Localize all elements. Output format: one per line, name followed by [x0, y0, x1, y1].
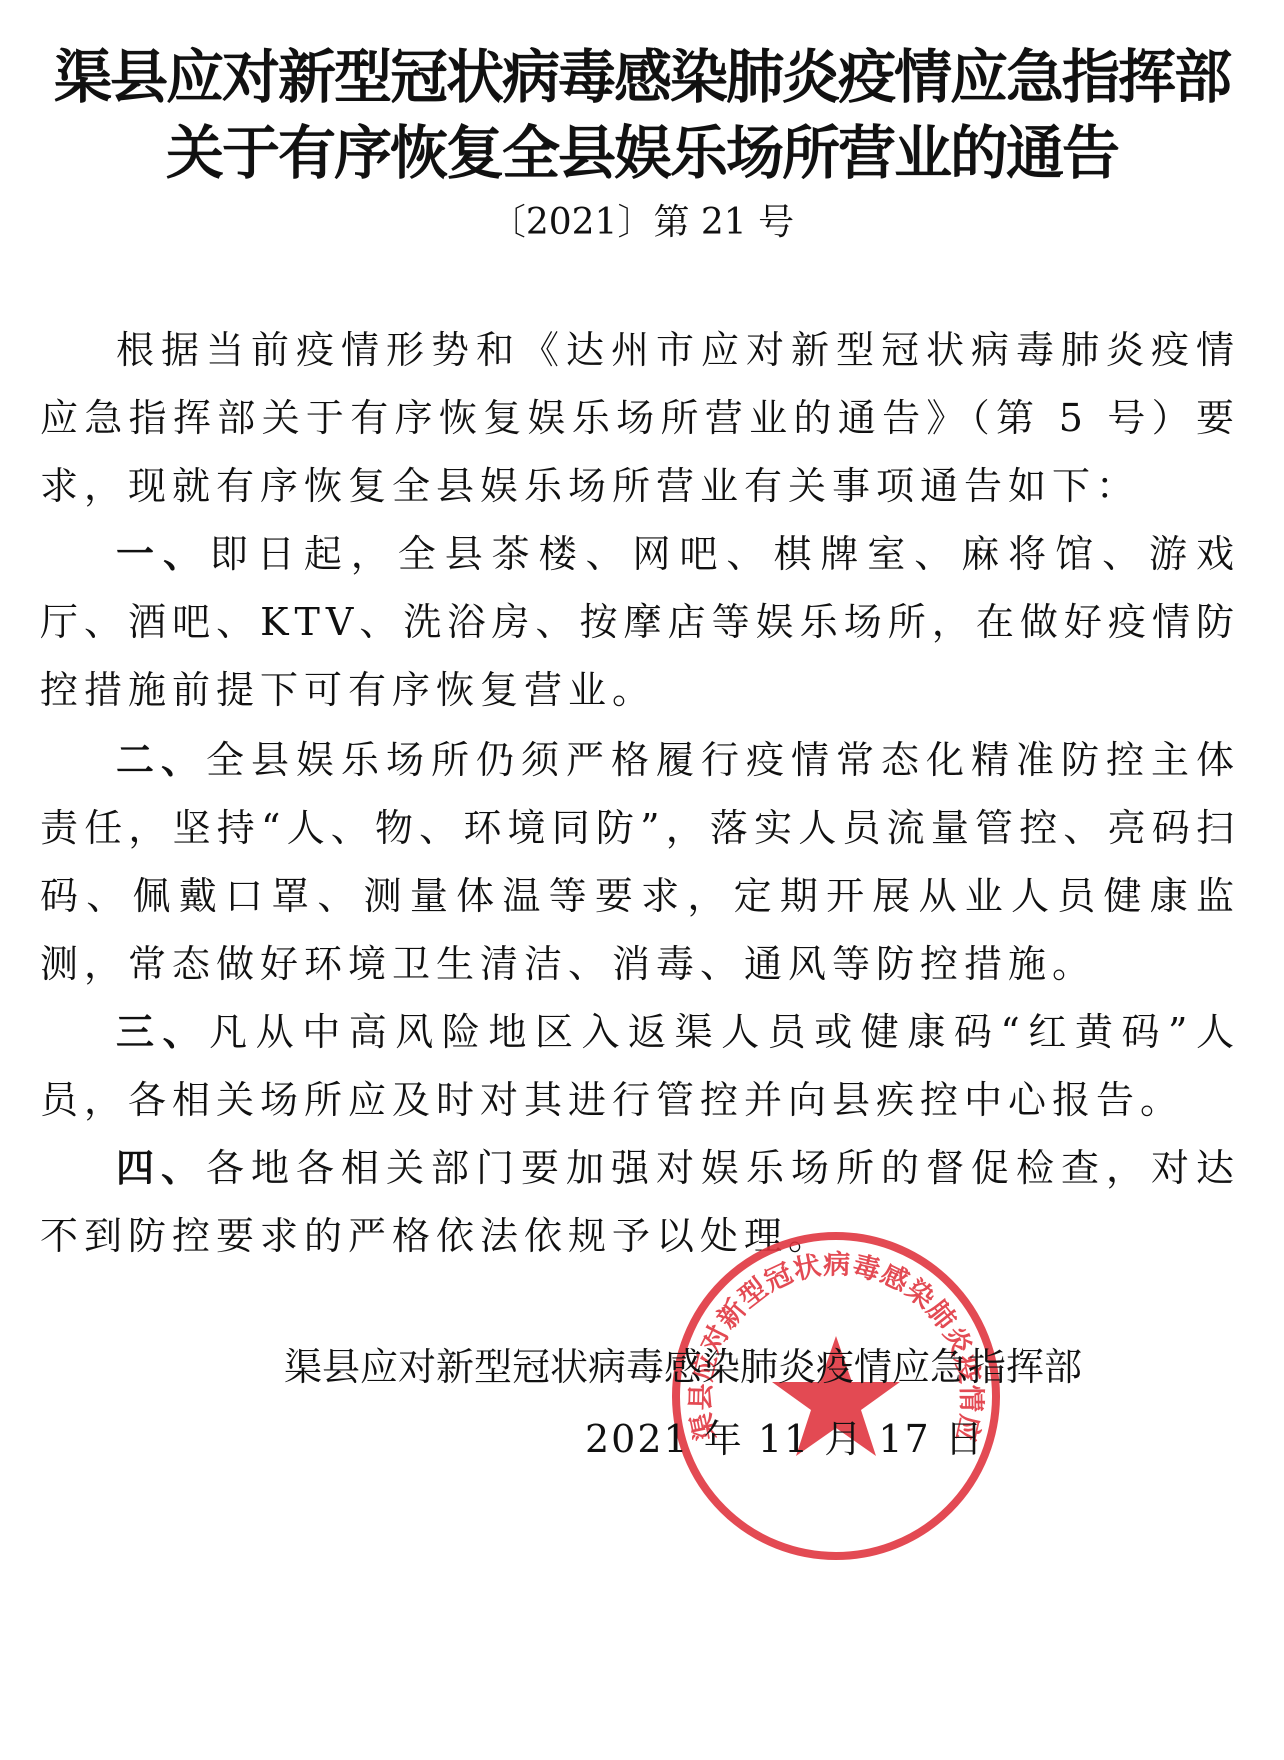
intro-paragraph: 根据当前疫情形势和《达州市应对新型冠状病毒肺炎疫情应急指挥部关于有序恢复娱乐场所… — [40, 316, 1240, 520]
signature-organization: 渠县应对新型冠状病毒感染肺炎疫情应急指挥部 — [284, 1348, 1082, 1386]
item-lead-1: 一、 — [116, 531, 210, 576]
item-paragraph-2: 二、全县娱乐场所仍须严格履行疫情常态化精准防控主体责任，坚持“人、物、环境同防”… — [40, 726, 1240, 998]
item-lead-2: 二、 — [116, 737, 206, 782]
item-lead-4: 四、 — [116, 1145, 206, 1190]
item-paragraph-4: 四、各地各相关部门要加强对娱乐场所的督促检查，对达不到防控要求的严格依法依规予以… — [40, 1134, 1240, 1270]
document-title-line2: 关于有序恢复全县娱乐场所营业的通告 — [0, 124, 1284, 182]
official-seal: 渠县应对新型冠状病毒感染肺炎疫情应急指挥部 — [668, 1228, 1004, 1564]
document-title-line1: 渠县应对新型冠状病毒感染肺炎疫情应急指挥部 — [0, 48, 1284, 106]
item-paragraph-1: 一、即日起，全县茶楼、网吧、棋牌室、麻将馆、游戏厅、酒吧、KTV、洗浴房、按摩店… — [40, 520, 1240, 724]
signature-date: 2021 年 11 月 17 日 — [585, 1420, 985, 1458]
item-text-1: 即日起，全县茶楼、网吧、棋牌室、麻将馆、游戏厅、酒吧、KTV、洗浴房、按摩店等娱… — [40, 532, 1240, 712]
item-lead-3: 三、 — [116, 1009, 209, 1054]
item-text-3: 凡从中高风险地区入返渠人员或健康码“红黄码”人员，各相关场所应及时对其进行管控并… — [40, 1010, 1240, 1122]
document-number: 〔2021〕第 21 号 — [0, 205, 1284, 241]
item-text-2: 全县娱乐场所仍须严格履行疫情常态化精准防控主体责任，坚持“人、物、环境同防”，落… — [40, 738, 1240, 986]
item-paragraph-3: 三、凡从中高风险地区入返渠人员或健康码“红黄码”人员，各相关场所应及时对其进行管… — [40, 998, 1240, 1134]
item-text-4: 各地各相关部门要加强对娱乐场所的督促检查，对达不到防控要求的严格依法依规予以处理… — [40, 1146, 1240, 1258]
